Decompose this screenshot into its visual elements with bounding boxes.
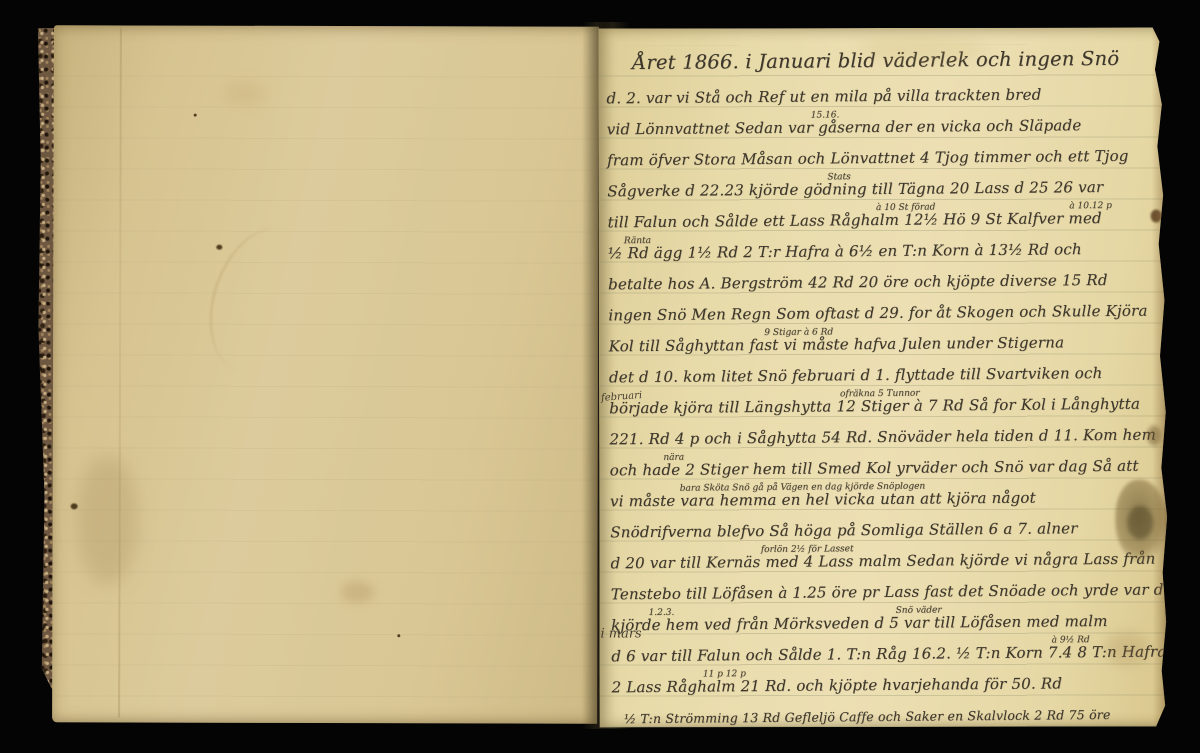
superscript-annotation: 15.16. <box>811 111 840 120</box>
manuscript-line-text: d 20 var till Kernäs med 4 Lass malm Sed… <box>610 550 1155 573</box>
superscript-annotation: 11 p 12 p <box>703 670 746 679</box>
tiny-speck <box>397 634 400 637</box>
superscript-annotation: forlön 2½ för Lasset <box>761 545 854 555</box>
manuscript-line-text: ½ T:n Strömming 13 Rd Gefleljö Caffe och… <box>624 707 1111 726</box>
manuscript-line: till Falun och Sålde ett Lass Råghalm 12… <box>607 203 1144 239</box>
manuscript-line-text: 2 Lass Råghalm 21 Rd. och kjöpte hvarjeh… <box>612 674 1063 696</box>
manuscript-line-text: kjörde hem ved från Mörksveden d 5 var t… <box>611 612 1108 634</box>
manuscript-line: det d 10. kom litet Snö februari d 1. fl… <box>609 358 1146 394</box>
manuscript-line: Kol till Såghyttan fast vi måste hafva J… <box>609 327 1146 363</box>
superscript-annotation: Ränta <box>624 237 651 246</box>
manuscript-line: Snödrifverna blefvo Så höga på Somliga S… <box>610 513 1147 549</box>
ruled-lines-left <box>52 45 599 723</box>
dark-speck <box>71 503 78 509</box>
manuscript-line: ½ T:n Strömming 13 Rd Gefleljö Caffe och… <box>612 699 1149 728</box>
manuscript-line-text: Kol till Såghyttan fast vi måste hafva J… <box>609 333 1065 355</box>
manuscript-line: d 6 var till Falun och Sålde 1. T:n Råg … <box>611 637 1148 673</box>
manuscript-line-text: ½ Rd ägg 1½ Rd 2 T:r Hafra à 6½ en T:n K… <box>608 240 1082 262</box>
manuscript-line-text: Sågverke d 22.23 kjörde gödning till Täg… <box>607 178 1103 200</box>
edge-dot-stain <box>1151 210 1162 223</box>
superscript-annotation: à 10.12 p <box>1069 202 1112 211</box>
page-right: Året 1866. i Januari blid väderlek och i… <box>598 28 1168 728</box>
manuscript-line-text: Tenstebo till Löfåsen à 1.25 öre pr Lass… <box>611 580 1169 603</box>
manuscript-line: vi måste vara hemma en hel vicka utan at… <box>610 482 1147 518</box>
manuscript-line-text: vid Lönnvattnet Sedan var gåserna der en… <box>607 116 1082 138</box>
manuscript-line-text: till Falun och Sålde ett Lass Råghalm 12… <box>607 209 1101 231</box>
manuscript-line: vid Lönnvattnet Sedan var gåserna der en… <box>607 110 1144 146</box>
superscript-annotation: 1.2.3. <box>649 609 675 618</box>
manuscript-text: Året 1866. i Januari blid väderlek och i… <box>606 38 1149 728</box>
ink-speck <box>216 245 222 250</box>
manuscript-line: började kjöra till Längshytta 12 Stiger … <box>609 389 1146 425</box>
manuscript-line: d 20 var till Kernäs med 4 Lass malm Sed… <box>610 544 1147 580</box>
manuscript-line-text: Snödrifverna blefvo Så höga på Somliga S… <box>610 519 1077 541</box>
manuscript-line: Tenstebo till Löfåsen à 1.25 öre pr Lass… <box>611 575 1148 611</box>
superscript-annotation: nära <box>663 454 684 463</box>
manuscript-line-text: 221. Rd 4 p och i Såghytta 54 Rd. Snöväd… <box>609 426 1156 449</box>
superscript-annotation: 9 Stigar à 6 Rd <box>764 328 833 338</box>
manuscript-line-text: d. 2. var vi Stå och Ref ut en mila på v… <box>606 86 1041 108</box>
edge-smudge-stain <box>76 455 138 585</box>
manuscript-line: d. 2. var vi Stå och Ref ut en mila på v… <box>606 79 1143 115</box>
manuscript-line: betalte hos A. Bergström 42 Rd 20 öre oc… <box>608 265 1145 301</box>
manuscript-line-text: och hade 2 Stiger hem till Smed Kol yrvä… <box>610 457 1139 480</box>
manuscript-line: ingen Snö Men Regn Som oftast d 29. for … <box>608 296 1145 332</box>
tiny-speck <box>194 114 197 117</box>
manuscript-line-text: d 6 var till Falun och Sålde 1. T:n Råg … <box>611 642 1166 665</box>
manuscript-line-text: fram öfver Stora Måsan och Lönvattnet 4 … <box>607 147 1129 170</box>
manuscript-line-text: ingen Snö Men Regn Som oftast d 29. for … <box>608 302 1147 325</box>
superscript-annotation: Snö väder <box>896 606 942 615</box>
manuscript-line-text: det d 10. kom litet Snö februari d 1. fl… <box>609 364 1103 386</box>
manuscript-line-text: Året 1866. i Januari blid väderlek och i… <box>632 47 1119 74</box>
ghost-writing-mark <box>192 214 331 387</box>
manuscript-line: fram öfver Stora Måsan och Lönvattnet 4 … <box>607 141 1144 177</box>
superscript-annotation: à 9½ Rd <box>1052 636 1090 645</box>
manuscript-line: 2 Lass Råghalm 21 Rd. och kjöpte hvarjeh… <box>612 668 1149 704</box>
manuscript-line-text: betalte hos A. Bergström 42 Rd 20 öre oc… <box>608 271 1108 293</box>
superscript-annotation: Stats <box>827 173 850 182</box>
manuscript-line: ½ Rd ägg 1½ Rd 2 T:r Hafra à 6½ en T:n K… <box>608 234 1145 270</box>
manuscript-line: och hade 2 Stiger hem till Smed Kol yrvä… <box>610 451 1147 487</box>
fold-crease <box>118 27 122 717</box>
yellowed-spot <box>222 81 268 107</box>
faint-stain <box>340 581 374 603</box>
superscript-annotation: à 10 St förad <box>876 203 935 213</box>
page-left <box>52 25 599 723</box>
margin-note-mars: i mars <box>600 626 641 641</box>
superscript-annotation: ofräkna 5 Tunnor <box>840 390 920 400</box>
manuscript-line: 221. Rd 4 p och i Såghytta 54 Rd. Snöväd… <box>609 420 1146 456</box>
scanned-journal-photo: { "document_kind": "handwritten journal … <box>0 0 1200 753</box>
manuscript-line: Sågverke d 22.23 kjörde gödning till Täg… <box>607 172 1144 208</box>
manuscript-line: Året 1866. i Januari blid väderlek och i… <box>606 38 1143 84</box>
